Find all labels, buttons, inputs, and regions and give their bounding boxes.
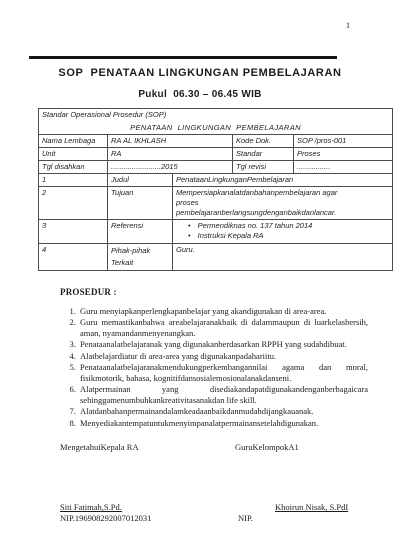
signature-right-nip: NIP. xyxy=(238,513,370,524)
table-caption-left: Standar Operasional Prosedur (SOP) xyxy=(42,110,389,120)
cell-value-unit: RA xyxy=(108,147,233,160)
cell-label-tgl-revisi: Tgl revisi xyxy=(233,160,294,173)
procedure-item-1: Guru menyiapkanperlengkapanbelajar yang … xyxy=(78,306,368,317)
cell-value-pihak-terkait: Guru. xyxy=(173,243,393,270)
doc-subtitle: Pukul 06.30 – 06.45 WIB xyxy=(20,89,380,100)
procedure-section: PROSEDUR : Guru menyiapkanperlengkapanbe… xyxy=(60,287,370,429)
referensi-bullet-1-text: Permendiknas no. 137 tahun 2014 xyxy=(198,221,313,230)
cell-label-pihak-terkait: Pihak-pihak Terkait xyxy=(108,243,173,270)
sop-info-table: Standar Operasional Prosedur (SOP) PENAT… xyxy=(38,108,393,271)
table-row-tgl-disahkan: Tgl disahkan ........................201… xyxy=(39,160,393,173)
procedure-item-4: Alatbelajardiatur di area-area yang digu… xyxy=(78,351,368,362)
signature-left-role: MengetahuiKepala RA xyxy=(60,442,235,453)
cell-value-standar: Proses xyxy=(294,147,393,160)
table-row-referensi: 3 Referensi Permendiknas no. 137 tahun 2… xyxy=(39,219,393,243)
referensi-bullet-2-text: Instruksi Kepala RA xyxy=(198,231,264,240)
table-row-pihak-terkait: 4 Pihak-pihak Terkait Guru. xyxy=(39,243,393,270)
cell-value-tgl-revisi: ................ xyxy=(294,160,393,173)
cell-no-1: 1 xyxy=(39,173,108,186)
referensi-bullet-1: Permendiknas no. 137 tahun 2014 xyxy=(176,221,389,232)
table-caption-cell: Standar Operasional Prosedur (SOP) PENAT… xyxy=(39,108,393,134)
cell-label-nama-lembaga: Nama Lembaga xyxy=(39,134,108,147)
cell-label-unit: Unit xyxy=(39,147,108,160)
cell-label-kode-dok: Kode Dok. xyxy=(233,134,294,147)
signature-left-nip: NIP.196908292007012031 xyxy=(60,513,235,524)
table-row-unit: Unit RA Standar Proses xyxy=(39,147,393,160)
page-number: 1 xyxy=(346,21,350,30)
table-caption-row: Standar Operasional Prosedur (SOP) PENAT… xyxy=(39,108,393,134)
cell-value-nama-lembaga: RA AL IKHLASH xyxy=(108,134,233,147)
procedure-item-7: Alatdanbahanpermainandalamkeadaanbaikdan… xyxy=(78,406,368,417)
cell-label-tgl-disahkan: Tgl disahkan xyxy=(39,160,108,173)
cell-value-tgl-disahkan: ........................2015 xyxy=(108,160,233,173)
cell-label-judul: Judul xyxy=(108,173,173,186)
header-divider-rule xyxy=(29,56,337,59)
cell-value-tujuan: Mempersiapkanalatdanbahanpembelajaran ag… xyxy=(173,186,393,219)
cell-label-standar: Standar xyxy=(233,147,294,160)
signature-right: GuruKelompokA1 Khoirun Nisak, S.PdI NIP. xyxy=(235,442,370,524)
cell-no-4: 4 xyxy=(39,243,108,270)
cell-value-referensi: Permendiknas no. 137 tahun 2014 Instruks… xyxy=(173,219,393,243)
signature-right-role: GuruKelompokA1 xyxy=(235,442,370,453)
cell-label-tujuan: Tujuan xyxy=(108,186,173,219)
bullet-icon xyxy=(188,221,198,230)
procedure-item-5: Penataanalatbelajaranakmendukungperkemba… xyxy=(78,362,368,383)
table-caption-center: PENATAAN LINGKUNGAN PEMBELAJARAN xyxy=(42,123,389,133)
signature-left-name: Siti Fatimah,S.Pd. xyxy=(60,502,235,513)
signature-block: MengetahuiKepala RA Siti Fatimah,S.Pd. N… xyxy=(60,442,370,524)
table-row-nama-lembaga: Nama Lembaga RA AL IKHLASH Kode Dok. SOP… xyxy=(39,134,393,147)
cell-no-3: 3 xyxy=(39,219,108,243)
signature-right-name: Khoirun Nisak, S.PdI xyxy=(275,502,370,513)
referensi-bullet-2: Instruksi Kepala RA xyxy=(176,231,389,242)
procedure-heading: PROSEDUR : xyxy=(60,287,370,297)
signature-left: MengetahuiKepala RA Siti Fatimah,S.Pd. N… xyxy=(60,442,235,524)
table-row-judul: 1 Judul PenataanLingkunganPembelajaran xyxy=(39,173,393,186)
bullet-icon xyxy=(188,231,198,240)
procedure-item-2: Guru memastikanbahwa areabelajaranakbaik… xyxy=(78,317,368,338)
procedure-item-6: Alatpermainan yang disediakandapatdiguna… xyxy=(78,384,368,405)
table-row-tujuan: 2 Tujuan Mempersiapkanalatdanbahanpembel… xyxy=(39,186,393,219)
cell-no-2: 2 xyxy=(39,186,108,219)
cell-value-judul: PenataanLingkunganPembelajaran xyxy=(173,173,393,186)
document-page: 1 SOP PENATAAN LINGKUNGAN PEMBELAJARAN P… xyxy=(0,0,400,550)
procedure-list: Guru menyiapkanperlengkapanbelajar yang … xyxy=(62,306,368,429)
doc-title: SOP PENATAAN LINGKUNGAN PEMBELAJARAN xyxy=(20,67,380,79)
cell-value-kode-dok: SOP /pros-001 xyxy=(294,134,393,147)
procedure-item-8: Menyediakantempatuntukmenyimpanalatperma… xyxy=(78,418,368,429)
cell-label-referensi: Referensi xyxy=(108,219,173,243)
tujuan-text: Mempersiapkanalatdanbahanpembelajaran ag… xyxy=(176,188,346,218)
procedure-item-3: Penataanalatbelajaranak yang digunakanbe… xyxy=(78,339,368,350)
